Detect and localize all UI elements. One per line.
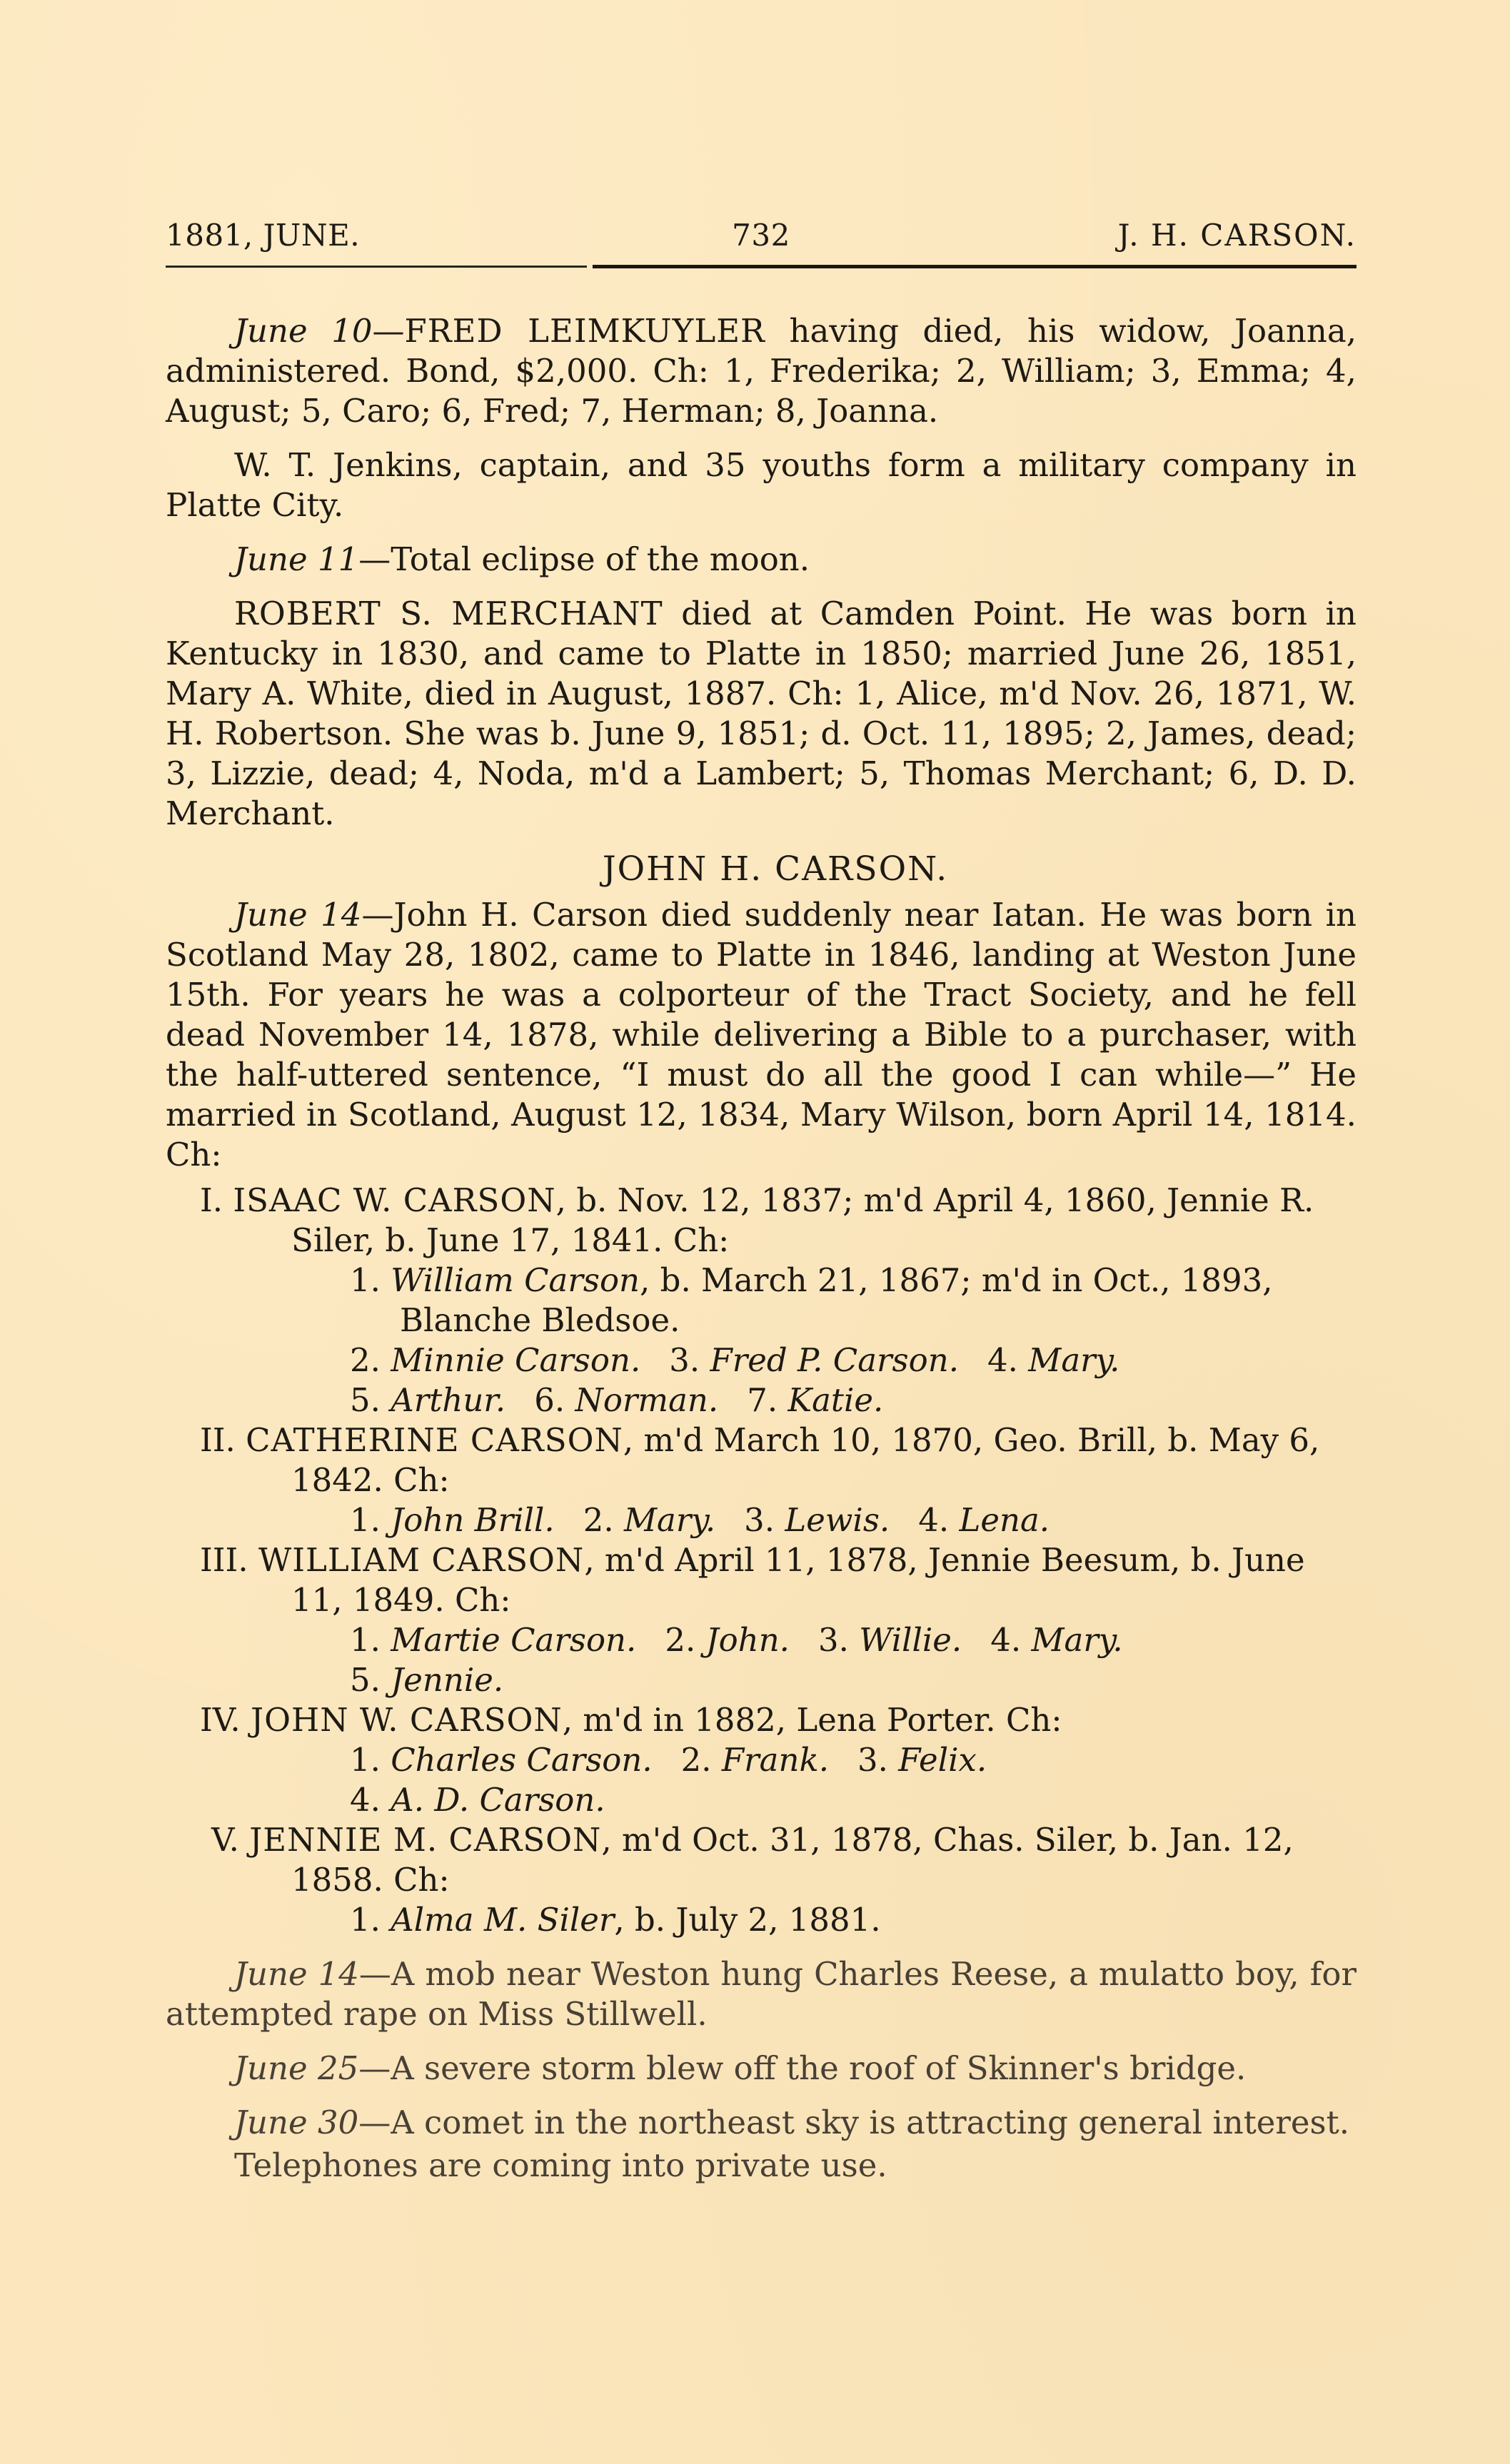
- item-number: 2.: [665, 1621, 695, 1659]
- item-number: 3.: [744, 1501, 775, 1539]
- entry-comet: June 30—A comet in the northeast sky is …: [166, 2103, 1357, 2143]
- dash: —: [358, 540, 391, 578]
- running-head-title: J. H. CARSON.: [1118, 216, 1357, 256]
- entry-jenkins: W. T. Jenkins, captain, and 35 youths fo…: [166, 445, 1357, 525]
- item-number: 2.: [583, 1501, 614, 1539]
- item-number: 3.: [669, 1341, 700, 1379]
- entry-text: W. T. Jenkins, captain, and 35 youths fo…: [166, 446, 1357, 524]
- child-text: , m'd in 1882, Lena Porter. Ch:: [563, 1701, 1062, 1739]
- child-william: III. WILLIAM CARSON, m'd April 11, 1878,…: [166, 1540, 1357, 1620]
- person-name: CATHERINE CARSON: [246, 1421, 623, 1459]
- entry-text: John H. Carson died suddenly near Iatan.…: [166, 896, 1357, 1173]
- entry-telephones: Telephones are coming into private use.: [166, 2146, 1357, 2186]
- item-number: 5.: [350, 1381, 381, 1419]
- item-number: 3.: [818, 1621, 849, 1659]
- person-name: ISAAC W. CARSON: [233, 1181, 555, 1219]
- roman-numeral: V.: [211, 1821, 239, 1859]
- grandchild-name: Lena.: [959, 1501, 1050, 1539]
- grandchild-name: Arthur.: [391, 1381, 505, 1419]
- item-number: 6.: [534, 1381, 565, 1419]
- grandchild-group: 1. Charles Carson.2. Frank.3. Felix.: [166, 1740, 1357, 1780]
- entry-reese: June 14—A mob near Weston hung Charles R…: [166, 1954, 1357, 2034]
- item-number: 1.: [350, 1501, 381, 1539]
- entry-date: June 25: [234, 2049, 358, 2087]
- grandchild-item: 1. Alma M. Siler, b. July 2, 1881.: [166, 1900, 1357, 1940]
- child-catherine: II. CATHERINE CARSON, m'd March 10, 1870…: [166, 1420, 1357, 1500]
- grandchild-name: Frank.: [722, 1741, 829, 1779]
- roman-numeral: II.: [200, 1421, 236, 1459]
- item-number: 1.: [350, 1741, 381, 1779]
- genealogy-list: I. ISAAC W. CARSON, b. Nov. 12, 1837; m'…: [166, 1181, 1357, 1940]
- dash: —: [358, 2104, 391, 2141]
- roman-numeral: IV.: [200, 1701, 241, 1739]
- dash: —: [361, 896, 393, 934]
- item-number: 1.: [350, 1901, 381, 1939]
- grandchild-name: Martie Carson.: [391, 1621, 636, 1659]
- entry-text: A severe storm blew off the roof of Skin…: [391, 2049, 1246, 2087]
- child-isaac: I. ISAAC W. CARSON, b. Nov. 12, 1837; m'…: [166, 1181, 1357, 1261]
- entry-date: June 10: [234, 312, 372, 350]
- item-number: 5.: [350, 1661, 381, 1699]
- entry-merchant: ROBERT S. MERCHANT died at Camden Point.…: [166, 594, 1357, 834]
- grandchild-name: Norman.: [575, 1381, 718, 1419]
- item-number: 4.: [987, 1341, 1018, 1379]
- entry-leimkuyler: June 10—FRED LEIMKUYLER having died, his…: [166, 311, 1357, 431]
- grandchild-name: William Carson: [391, 1261, 640, 1299]
- entry-text: Total eclipse of the moon.: [391, 540, 810, 578]
- item-number: 4.: [990, 1621, 1021, 1659]
- item-number: 7.: [747, 1381, 777, 1419]
- item-number: 3.: [857, 1741, 888, 1779]
- grandchild-name: A. D. Carson.: [391, 1781, 605, 1819]
- grandchild-name: John.: [706, 1621, 790, 1659]
- item-number: 4.: [918, 1501, 949, 1539]
- grandchild-group: 2. Minnie Carson.3. Fred P. Carson.4. Ma…: [166, 1340, 1357, 1380]
- header-rule-thin: [166, 266, 587, 268]
- child-jennie: V. JENNIE M. CARSON, m'd Oct. 31, 1878, …: [166, 1820, 1357, 1900]
- grandchild-group: 4. A. D. Carson.: [166, 1780, 1357, 1820]
- grandchild-group: 1. Martie Carson.2. John.3. Willie.4. Ma…: [166, 1620, 1357, 1660]
- page-body: June 10—FRED LEIMKUYLER having died, his…: [166, 311, 1357, 2200]
- grandchild-name: John Brill.: [391, 1501, 554, 1539]
- dash: —: [358, 2049, 391, 2087]
- grandchild-name: Minnie Carson.: [391, 1341, 640, 1379]
- running-head: 1881, JUNE. 732 J. H. CARSON.: [166, 216, 1357, 256]
- dash: —: [359, 1955, 391, 1993]
- grandchild-name: Mary.: [624, 1501, 715, 1539]
- entry-carson: June 14—John H. Carson died suddenly nea…: [166, 895, 1357, 1175]
- entry-text: Telephones are coming into private use.: [234, 2146, 887, 2184]
- grandchild-group: 5. Jennie.: [166, 1660, 1357, 1700]
- entry-eclipse: June 11—Total eclipse of the moon.: [166, 540, 1357, 580]
- entry-date: June 11: [234, 540, 358, 578]
- header-rule-thick: [593, 265, 1357, 268]
- grandchild-name: Felix.: [898, 1741, 987, 1779]
- entry-text: A comet in the northeast sky is attracti…: [391, 2104, 1349, 2141]
- person-name: WILLIAM CARSON: [258, 1541, 584, 1579]
- entry-date: June 14: [234, 896, 361, 934]
- grandchild-name: Mary.: [1028, 1341, 1119, 1379]
- grandchild-name: Lewis.: [785, 1501, 890, 1539]
- person-name: JENNIE M. CARSON: [249, 1821, 601, 1859]
- dash: —: [372, 312, 404, 350]
- grandchild-name: Alma M. Siler: [391, 1901, 614, 1939]
- roman-numeral: III.: [200, 1541, 248, 1579]
- grandchild-group: 5. Arthur.6. Norman.7. Katie.: [166, 1380, 1357, 1420]
- grandchild-text: , b. July 2, 1881.: [614, 1901, 880, 1939]
- grandchild-name: Willie.: [859, 1621, 962, 1659]
- entry-date: June 30: [234, 2104, 358, 2141]
- roman-numeral: I.: [200, 1181, 223, 1219]
- grandchild-group: 1. John Brill.2. Mary.3. Lewis.4. Lena.: [166, 1500, 1357, 1540]
- entry-storm: June 25—A severe storm blew off the roof…: [166, 2049, 1357, 2089]
- grandchild-name: Charles Carson.: [391, 1741, 652, 1779]
- item-number: 2.: [350, 1341, 381, 1379]
- person-name: JOHN W. CARSON: [251, 1701, 563, 1739]
- person-name: FRED LEIMKUYLER: [404, 312, 765, 350]
- grandchild-name: Katie.: [787, 1381, 883, 1419]
- grandchild-item: 1. William Carson, b. March 21, 1867; m'…: [166, 1261, 1357, 1340]
- item-number: 2.: [681, 1741, 712, 1779]
- item-number: 1.: [350, 1621, 381, 1659]
- grandchild-name: Jennie.: [391, 1661, 503, 1699]
- item-number: 1.: [350, 1261, 381, 1299]
- section-heading-carson: JOHN H. CARSON.: [166, 848, 1357, 891]
- grandchild-name: Mary.: [1031, 1621, 1122, 1659]
- grandchild-name: Fred P. Carson.: [710, 1341, 960, 1379]
- person-name: ROBERT S. MERCHANT: [234, 595, 663, 632]
- entry-date: June 14: [234, 1955, 359, 1993]
- item-number: 4.: [350, 1781, 381, 1819]
- child-john-w: IV. JOHN W. CARSON, m'd in 1882, Lena Po…: [166, 1700, 1357, 1740]
